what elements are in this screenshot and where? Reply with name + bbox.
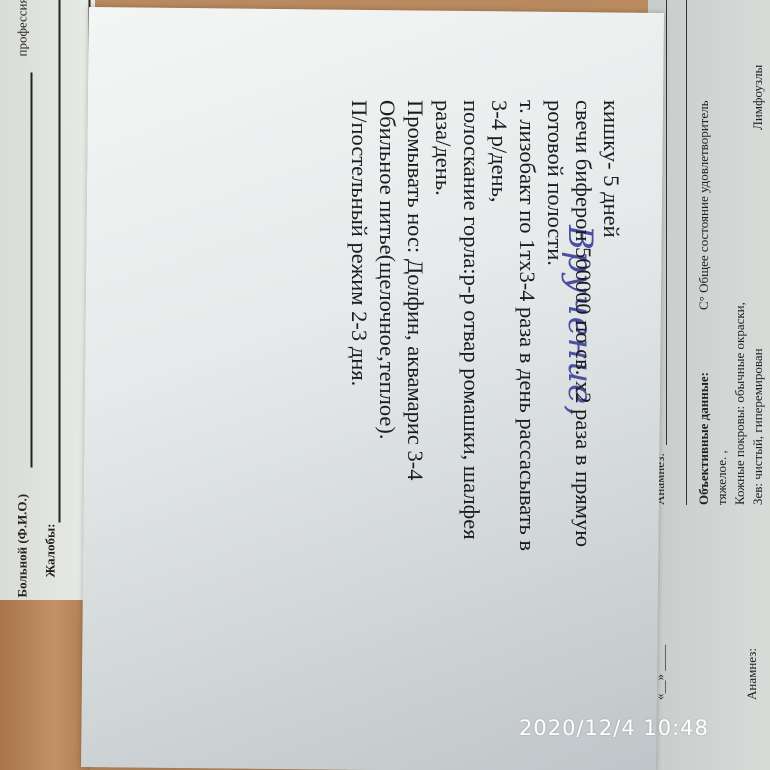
prescription-line: кишку- 5 дней (597, 100, 625, 750)
anamnesis-line-2 (686, 0, 687, 505)
objective-label: Объективные данные: (696, 372, 712, 505)
prescription-line: Промывать нос: Долфин, аквамарис 3-4 (401, 100, 429, 750)
lymph-text: Лимфоузлы (750, 65, 766, 130)
prescription-line: П/постельный режим 2-3 дня. (345, 100, 373, 750)
objective-text: С° Общее состояние удовлетворитель (696, 100, 712, 310)
throat-text: Зев: чистый, гиперемирован (750, 348, 766, 505)
prescription-line: свечи биферон 500000 по св. х2 раза в пр… (569, 100, 597, 750)
photo-timestamp: 2020/12/4 10:48 (519, 716, 709, 740)
prescription-text-block: П/постельный режим 2-3 дня. Обильное пит… (0, 100, 195, 750)
prescription-line: 3-4 р/день, (485, 100, 513, 750)
severity-text: тяжелое. , (714, 450, 730, 505)
prescription-line: раза/день. (429, 100, 457, 750)
anamnesis-line (666, 0, 667, 445)
prescription-line: полоскание горла:р-р отвар ромашки, шалф… (457, 100, 485, 750)
skin-text: Кожные покровы: обычные окраски, (732, 302, 748, 505)
prescription-line: т. лизобакт по 1тх3-4 раза в день рассас… (513, 100, 541, 750)
right-form-sheet: «__» ____ Анамнез: Анамнез: Объективные … (648, 0, 770, 770)
profession-label: профессия (15, 0, 31, 56)
anamnesis-label-small: Анамнез: (744, 648, 760, 700)
prescription-line: ротовой полости. (541, 100, 569, 750)
prescription-line: Обильное питье(щелочное,теплое). (373, 100, 401, 750)
